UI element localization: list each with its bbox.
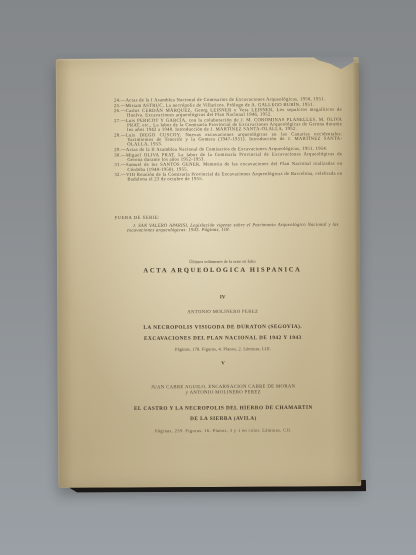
volume-number-iv: IV: [86, 294, 359, 301]
volume-iv-title-line: EXCAVACIONES DEL PLAN NACIONAL DE 1942 Y…: [86, 332, 359, 345]
series-entry: 28.—Luis DIEGO CUSCOY, Nuevas excavacion…: [114, 132, 342, 147]
printed-content: 24.—Actas de la I Asamblea Nacional de C…: [56, 57, 362, 488]
volume-v-title-line: DE LA SIERRA (AVILA): [87, 413, 360, 425]
fuera-de-serie-entry: J. SAN VALERO APARISI, Legislación vigen…: [127, 223, 339, 234]
volume-v-title: EL CASTRO Y LA NECROPOLIS DEL HIERRO DE …: [87, 402, 360, 425]
series-entry: 27.—Luis PERICOT Y GARCÍA, con la colabo…: [114, 118, 342, 133]
series-title: ACTA ARQUEOLOGICA HISPANICA: [86, 265, 359, 275]
photo-backdrop: 24.—Actas de la I Asamblea Nacional de C…: [0, 0, 416, 555]
series-entry: 32.—VIII Reunión de la Comisaría Provinc…: [114, 172, 342, 183]
folio-series-intro: Últimos volúmenes de la serie en folio: [86, 258, 359, 265]
volume-v-details: Páginas, 239. Figuras, 16. Planos, 3 y 1…: [87, 427, 360, 434]
volume-iv-author: ANTONIO MOLINERO PEREZ: [86, 309, 359, 316]
volume-v-author-line: y ANTONIO MOLINERO PEREZ: [87, 389, 360, 396]
volume-iv-details: Páginas, 178. Figuras, 4. Planos, 2. Lám…: [86, 346, 359, 353]
series-list: 24.—Actas de la I Asamblea Nacional de C…: [114, 97, 343, 183]
volume-number-v: V: [87, 360, 360, 367]
book-back-cover: 24.—Actas de la I Asamblea Nacional de C…: [56, 57, 362, 488]
volume-v-authors: JUAN CABRE AGUILO, ENCARNACION CABRE DE …: [87, 384, 360, 397]
fuera-de-serie-heading: FUERA DE SERIE:: [115, 215, 160, 220]
volume-iv-title: LA NECROPOLIS VISIGODA DE DURATON (SEGOV…: [86, 321, 359, 345]
